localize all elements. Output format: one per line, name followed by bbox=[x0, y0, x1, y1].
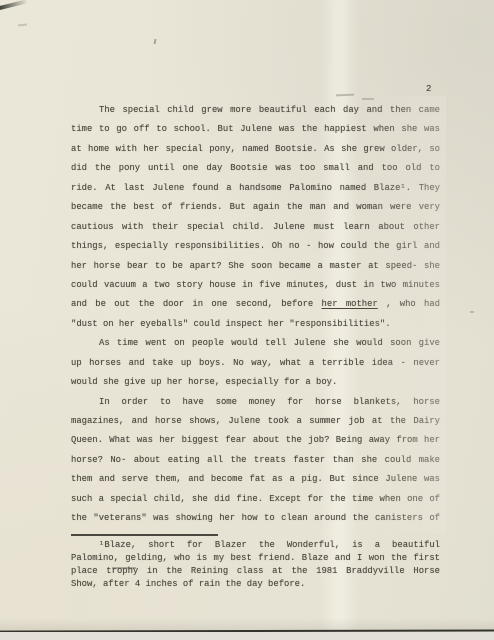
smudge-mark bbox=[362, 98, 374, 100]
text-line: things, especially responsibilities. Oh … bbox=[71, 237, 440, 256]
text-line: time to go off to school. But Julene was… bbox=[71, 120, 440, 139]
text-line: Show, after 4 inches of rain the day bef… bbox=[71, 578, 440, 591]
paragraph: ¹Blaze, short for Blazer the Wonderful, … bbox=[71, 539, 440, 591]
text-line: such a special child, she did fine. Exce… bbox=[71, 490, 440, 509]
text-line: them and serve them, and become fat as a… bbox=[71, 470, 440, 489]
text-line: could vacuum a two story house in five m… bbox=[71, 276, 440, 295]
paragraph: The special child grew more beautiful ea… bbox=[71, 101, 440, 334]
paragraph: In order to have some money for horse bl… bbox=[71, 393, 440, 529]
footnote-separator bbox=[71, 534, 218, 536]
text-line: ride. At last Julene found a handsome Pa… bbox=[71, 179, 440, 198]
text-line: horse? No- about eating all the treats f… bbox=[71, 451, 440, 470]
pen-stroke-mark bbox=[0, 0, 28, 11]
text-line: did the pony until one day Bootsie was t… bbox=[71, 159, 440, 178]
footnote-text: ¹Blaze, short for Blazer the Wonderful, … bbox=[71, 539, 440, 591]
text-line: the "veterans" was showing her how to cl… bbox=[71, 509, 440, 528]
text-line: up horses and take up boys. No way, what… bbox=[71, 354, 440, 373]
underlined-text: her mother bbox=[322, 299, 378, 309]
text-line: As time went on people would tell Julene… bbox=[71, 334, 440, 353]
text-line: Queen. What was her biggest fear about t… bbox=[71, 431, 440, 450]
text-line: cautious with their special child. Julen… bbox=[71, 218, 440, 237]
text-line: The special child grew more beautiful ea… bbox=[71, 101, 440, 120]
text-line: and be out the door in one second, befor… bbox=[71, 295, 440, 314]
smudge-mark bbox=[336, 94, 354, 97]
page-edge-shadow bbox=[0, 618, 494, 630]
text-segment: and be out the door in one second, befor… bbox=[71, 299, 322, 309]
text-line: became the best of friends. But again th… bbox=[71, 198, 440, 217]
text-segment: , who had bbox=[378, 299, 440, 309]
text-line: her horse bear to be apart? She soon bec… bbox=[71, 257, 440, 276]
text-line: would she give up her horse, especially … bbox=[71, 373, 440, 392]
document-page: 2 The special child grew more beautiful … bbox=[0, 0, 494, 640]
text-line: Palomino, gelding, who is my best friend… bbox=[71, 552, 440, 565]
text-line: ¹Blaze, short for Blazer the Wonderful, … bbox=[71, 539, 440, 552]
scanner-bed-strip bbox=[0, 632, 494, 640]
body-text: The special child grew more beautiful ea… bbox=[71, 101, 440, 529]
smudge-mark bbox=[18, 24, 27, 27]
text-line: magazines, and horse shows, Julene took … bbox=[71, 412, 440, 431]
text-line: "dust on her eyeballs" could inspect her… bbox=[71, 315, 440, 334]
text-line: In order to have some money for horse bl… bbox=[71, 393, 440, 412]
smudge-mark bbox=[154, 39, 157, 44]
page-number: 2 bbox=[426, 84, 431, 94]
paragraph: As time went on people would tell Julene… bbox=[71, 334, 440, 392]
text-line: place trophy in the Reining class at the… bbox=[71, 565, 440, 578]
text-line: at home with her special pony, named Boo… bbox=[71, 140, 440, 159]
smudge-mark bbox=[470, 311, 474, 313]
